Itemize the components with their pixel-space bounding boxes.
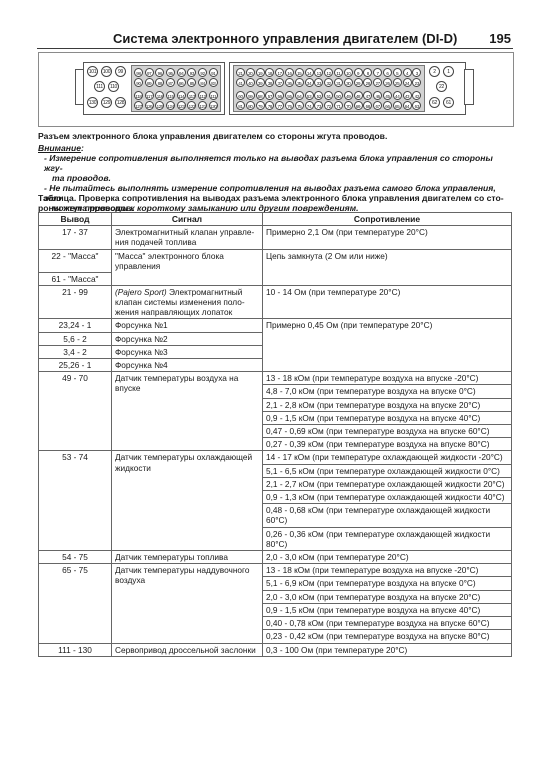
page-header: Система электронного управления двигател… — [37, 30, 513, 49]
pin: 79 — [256, 101, 265, 110]
pin: 57 — [265, 91, 274, 100]
pin: 74 — [305, 101, 314, 110]
table-row: 53 - 74Датчик температуры охлаждающей жи… — [39, 451, 512, 464]
pin: 28 — [363, 78, 372, 87]
left-side-pins: 101 100 99 — [87, 66, 126, 77]
resistance-value: 2,0 - 3,0 кОм (при температуре воздуха н… — [263, 590, 512, 603]
connector-figure: 101 100 99 111 110 130 129 128 989796959… — [38, 52, 514, 127]
pin: 77 — [275, 101, 284, 110]
pin: 4 — [403, 68, 412, 77]
table-row: 111 - 130 Сервопривод дроссельной заслон… — [39, 643, 512, 656]
pin: 80 — [246, 101, 255, 110]
pin: 92 — [198, 68, 207, 77]
right-pin-block: 2120191817161514131211109876543414039383… — [233, 65, 425, 112]
attention-item: - Измерение сопротивления выполняется то… — [38, 153, 513, 183]
pin: 24 — [403, 78, 412, 87]
pin: 20 — [246, 68, 255, 77]
table-row: 54 - 75Датчик температуры топлива2,0 - 3… — [39, 551, 512, 564]
pin: 84 — [198, 78, 207, 87]
pin: 43 — [403, 91, 412, 100]
pin: 125 — [155, 101, 164, 110]
resistance-value: 2,1 - 2,7 кОм (при температуре охлаждающ… — [263, 477, 512, 490]
pin: 98 — [134, 68, 143, 77]
table-row: 23,24 - 1 Форсунка №1 Примерно 0,45 Ом (… — [39, 319, 512, 332]
page-title: Система электронного управления двигател… — [113, 31, 457, 46]
pin: 93 — [187, 68, 196, 77]
pin: 26 — [383, 78, 392, 87]
pin: 100 — [101, 66, 112, 77]
pin: 55 — [285, 91, 294, 100]
pin: 12 — [324, 68, 333, 77]
resistance-value: 0,40 - 0,78 кОм (при температуре воздуха… — [263, 617, 512, 630]
pin: 101 — [87, 66, 98, 77]
table-row: 21 - 99 (Pajero Sport) Электромагнитный … — [39, 285, 512, 319]
resistance-value: 0,47 - 0,69 кОм (при температуре воздуха… — [263, 425, 512, 438]
pin: 112 — [198, 91, 207, 100]
pin: 6 — [383, 68, 392, 77]
pin: 8 — [363, 68, 372, 77]
left-pin-block: 9897969594939291908988878685848311811711… — [131, 65, 221, 112]
pin: 42 — [412, 91, 421, 100]
pin: 95 — [166, 68, 175, 77]
pin: 91 — [209, 68, 218, 77]
right-pin-grid: 2120191817161514131211109876543414039383… — [236, 68, 421, 110]
pin: 35 — [295, 78, 304, 87]
pin: 70 — [344, 101, 353, 110]
pin: 10 — [344, 68, 353, 77]
pin: 63 — [412, 101, 421, 110]
table-caption: Таблица. Проверка сопротивления на вывод… — [38, 193, 514, 213]
pin: 123 — [177, 101, 186, 110]
pin: 78 — [265, 101, 274, 110]
resistance-value: 5,1 - 6,9 кОм (при температуре воздуха н… — [263, 577, 512, 590]
pin: 54 — [295, 91, 304, 100]
pin: 67 — [373, 101, 382, 110]
pin: 38 — [265, 78, 274, 87]
pin: 85 — [187, 78, 196, 87]
pin: 44 — [393, 91, 402, 100]
pin: 117 — [145, 91, 154, 100]
pin: 31 — [334, 78, 343, 87]
pin: 39 — [256, 78, 265, 87]
pin: 111 — [94, 81, 105, 92]
column-header-signal: Сигнал — [112, 213, 263, 226]
pin: 22 — [436, 81, 447, 92]
pin: 115 — [166, 91, 175, 100]
pin: 13 — [314, 68, 323, 77]
pin: 60 — [236, 91, 245, 100]
pin: 53 — [305, 91, 314, 100]
pin: 21 — [236, 68, 245, 77]
pin: 69 — [354, 101, 363, 110]
pin: 18 — [265, 68, 274, 77]
pin: 127 — [134, 101, 143, 110]
figure-caption: Разъем электронного блока управления дви… — [38, 131, 387, 141]
pin: 36 — [285, 78, 294, 87]
pin: 89 — [145, 78, 154, 87]
pin: 27 — [373, 78, 382, 87]
pin: 128 — [115, 97, 126, 108]
pin: 7 — [373, 68, 382, 77]
pin: 30 — [344, 78, 353, 87]
resistance-value: 0,9 - 1,5 кОм (при температуре воздуха н… — [263, 411, 512, 424]
pin: 23 — [412, 78, 421, 87]
pin: 122 — [187, 101, 196, 110]
right-side-pins-bottom: 62 61 — [429, 97, 454, 108]
column-header-pin: Вывод — [39, 213, 112, 226]
pin: 87 — [166, 78, 175, 87]
pin: 72 — [324, 101, 333, 110]
pin: 124 — [166, 101, 175, 110]
pin: 45 — [383, 91, 392, 100]
resistance-value: 0,48 - 0,68 кОм (при температуре охлажда… — [263, 504, 512, 527]
pin: 66 — [383, 101, 392, 110]
pin: 41 — [236, 78, 245, 87]
pin: 114 — [177, 91, 186, 100]
pin: 34 — [305, 78, 314, 87]
pin: 94 — [177, 68, 186, 77]
left-pin-grid: 9897969594939291908988878685848311811711… — [134, 68, 218, 110]
pin: 113 — [187, 91, 196, 100]
pin: 99 — [115, 66, 126, 77]
pin: 120 — [209, 101, 218, 110]
pin: 71 — [334, 101, 343, 110]
pin: 32 — [324, 78, 333, 87]
pin: 25 — [393, 78, 402, 87]
resistance-value: 0,27 - 0,39 кОм (при температуре воздуха… — [263, 438, 512, 451]
pin: 129 — [101, 97, 112, 108]
resistance-value: 0,23 - 0,42 кОм (при температуре воздуха… — [263, 630, 512, 643]
pin: 97 — [145, 68, 154, 77]
pin: 58 — [256, 91, 265, 100]
pin: 110 — [108, 81, 119, 92]
pin: 29 — [354, 78, 363, 87]
pin: 1 — [443, 66, 454, 77]
table-row: 49 - 70Датчик температуры воздуха на впу… — [39, 372, 512, 385]
resistance-value: 13 - 18 кОм (при температуре воздуха на … — [263, 372, 512, 385]
pin: 52 — [314, 91, 323, 100]
pin: 56 — [275, 91, 284, 100]
pin: 73 — [314, 101, 323, 110]
pin: 9 — [354, 68, 363, 77]
resistance-value: 13 - 18 кОм (при температуре воздуха на … — [263, 564, 512, 577]
table-row: 17 - 37 Электромагнитный клапан управле-… — [39, 226, 512, 249]
left-side-pins-mid: 111 110 — [94, 81, 119, 92]
right-connector-latch — [464, 69, 474, 105]
pin: 86 — [177, 78, 186, 87]
pin: 40 — [246, 78, 255, 87]
pin: 48 — [354, 91, 363, 100]
pin: 81 — [236, 101, 245, 110]
pin: 59 — [246, 91, 255, 100]
pin: 50 — [334, 91, 343, 100]
pin: 76 — [285, 101, 294, 110]
left-side-pins-bottom: 130 129 128 — [87, 97, 126, 108]
pin: 17 — [275, 68, 284, 77]
right-side-pins-mid: 22 — [436, 81, 447, 92]
table-row: 22 - "Масса" "Масса" электронного блока … — [39, 249, 512, 272]
pin: 61 — [443, 97, 454, 108]
pin: 15 — [295, 68, 304, 77]
pin: 83 — [209, 78, 218, 87]
resistance-value: 4,8 - 7,0 кОм (при температуре воздуха н… — [263, 385, 512, 398]
resistance-value: 2,1 - 2,8 кОм (при температуре воздуха н… — [263, 398, 512, 411]
right-side-pins-top: 2 1 — [429, 66, 454, 77]
pin: 65 — [393, 101, 402, 110]
pin: 14 — [305, 68, 314, 77]
pin: 16 — [285, 68, 294, 77]
column-header-resistance: Сопротивление — [263, 213, 512, 226]
pin: 3 — [412, 68, 421, 77]
pin: 47 — [363, 91, 372, 100]
pin: 68 — [363, 101, 372, 110]
resistance-value: 0,9 - 1,5 кОм (при температуре воздуха н… — [263, 603, 512, 616]
pin: 64 — [403, 101, 412, 110]
right-connector: 2120191817161514131211109876543414039383… — [229, 62, 466, 115]
pin: 62 — [429, 97, 440, 108]
resistance-value: 14 - 17 кОм (при температуре охлаждающей… — [263, 451, 512, 464]
pin: 46 — [373, 91, 382, 100]
pin: 51 — [324, 91, 333, 100]
pin: 118 — [134, 91, 143, 100]
table-header-row: Вывод Сигнал Сопротивление — [39, 213, 512, 226]
pin: 130 — [87, 97, 98, 108]
pin: 5 — [393, 68, 402, 77]
pin: 121 — [198, 101, 207, 110]
pin: 111 — [209, 91, 218, 100]
resistance-value: 0,9 - 1,3 кОм (при температуре охлаждающ… — [263, 491, 512, 504]
pin: 33 — [314, 78, 323, 87]
resistance-table: Вывод Сигнал Сопротивление 17 - 37 Элект… — [38, 212, 512, 657]
pin: 90 — [134, 78, 143, 87]
page-number: 195 — [489, 31, 511, 46]
pin: 116 — [155, 91, 164, 100]
left-connector: 101 100 99 111 110 130 129 128 989796959… — [83, 62, 225, 115]
resistance-value: 0,26 - 0,36 кОм (при температуре охлажда… — [263, 527, 512, 550]
pin: 11 — [334, 68, 343, 77]
pin: 126 — [145, 101, 154, 110]
pin: 88 — [155, 78, 164, 87]
pin: 19 — [256, 68, 265, 77]
pin: 2 — [429, 66, 440, 77]
pin: 96 — [155, 68, 164, 77]
pin: 75 — [295, 101, 304, 110]
attention-label: Внимание — [38, 143, 81, 153]
resistance-value: 5,1 - 6,5 кОм (при температуре охлаждающ… — [263, 464, 512, 477]
pin: 37 — [275, 78, 284, 87]
pin: 49 — [344, 91, 353, 100]
multi-value-groups: 49 - 70Датчик температуры воздуха на впу… — [39, 372, 512, 643]
table-row: 65 - 75Датчик температуры наддувочного в… — [39, 564, 512, 577]
